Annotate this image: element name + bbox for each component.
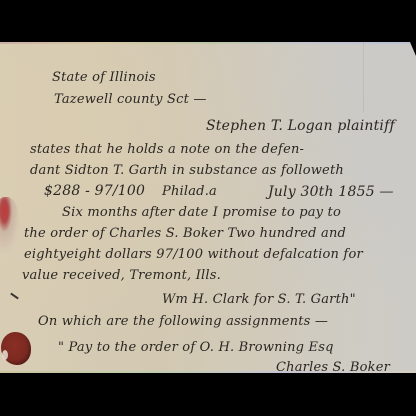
declaration-line-3: dant Sidton T. Garth in substance as fol…	[30, 163, 344, 178]
assignment-line-1: " Pay to the order of O. H. Browning Esq	[58, 340, 334, 355]
plaintiff-name: Stephen T. Logan plaintiff	[206, 118, 395, 134]
assignment-intro: On which are the following assignments —	[38, 314, 328, 329]
document-paper: State of Illinois Tazewell county Sct — …	[0, 42, 416, 373]
note-date: July 30th 1855 —	[268, 184, 394, 200]
header-state: State of Illinois	[52, 70, 156, 85]
note-place: Philad.a	[162, 184, 217, 199]
note-signature: Wm H. Clark for S. T. Garth"	[162, 292, 356, 307]
note-amount: $288 - 97/100	[44, 183, 145, 199]
seal-chip	[2, 350, 8, 360]
note-body-line-2: the order of Charles S. Boker Two hundre…	[24, 226, 346, 241]
note-body-line-1: Six months after date I promise to pay t…	[62, 205, 341, 220]
ink-mark	[10, 293, 19, 300]
assignment-signature: Charles S. Boker	[276, 360, 390, 373]
note-body-line-4: value received, Tremont, Ills.	[22, 268, 221, 283]
paper-fold-line	[363, 42, 364, 112]
torn-corner	[410, 42, 416, 56]
note-body-line-3: eightyeight dollars 97/100 without defal…	[24, 247, 363, 262]
photo-frame: State of Illinois Tazewell county Sct — …	[0, 0, 416, 416]
declaration-line-2: states that he holds a note on the defen…	[30, 142, 304, 157]
paper-top-edge	[0, 42, 416, 44]
red-wax-seal	[1, 332, 31, 365]
header-county: Tazewell county Sct —	[54, 92, 207, 107]
red-wax-seal-faded	[0, 197, 20, 253]
